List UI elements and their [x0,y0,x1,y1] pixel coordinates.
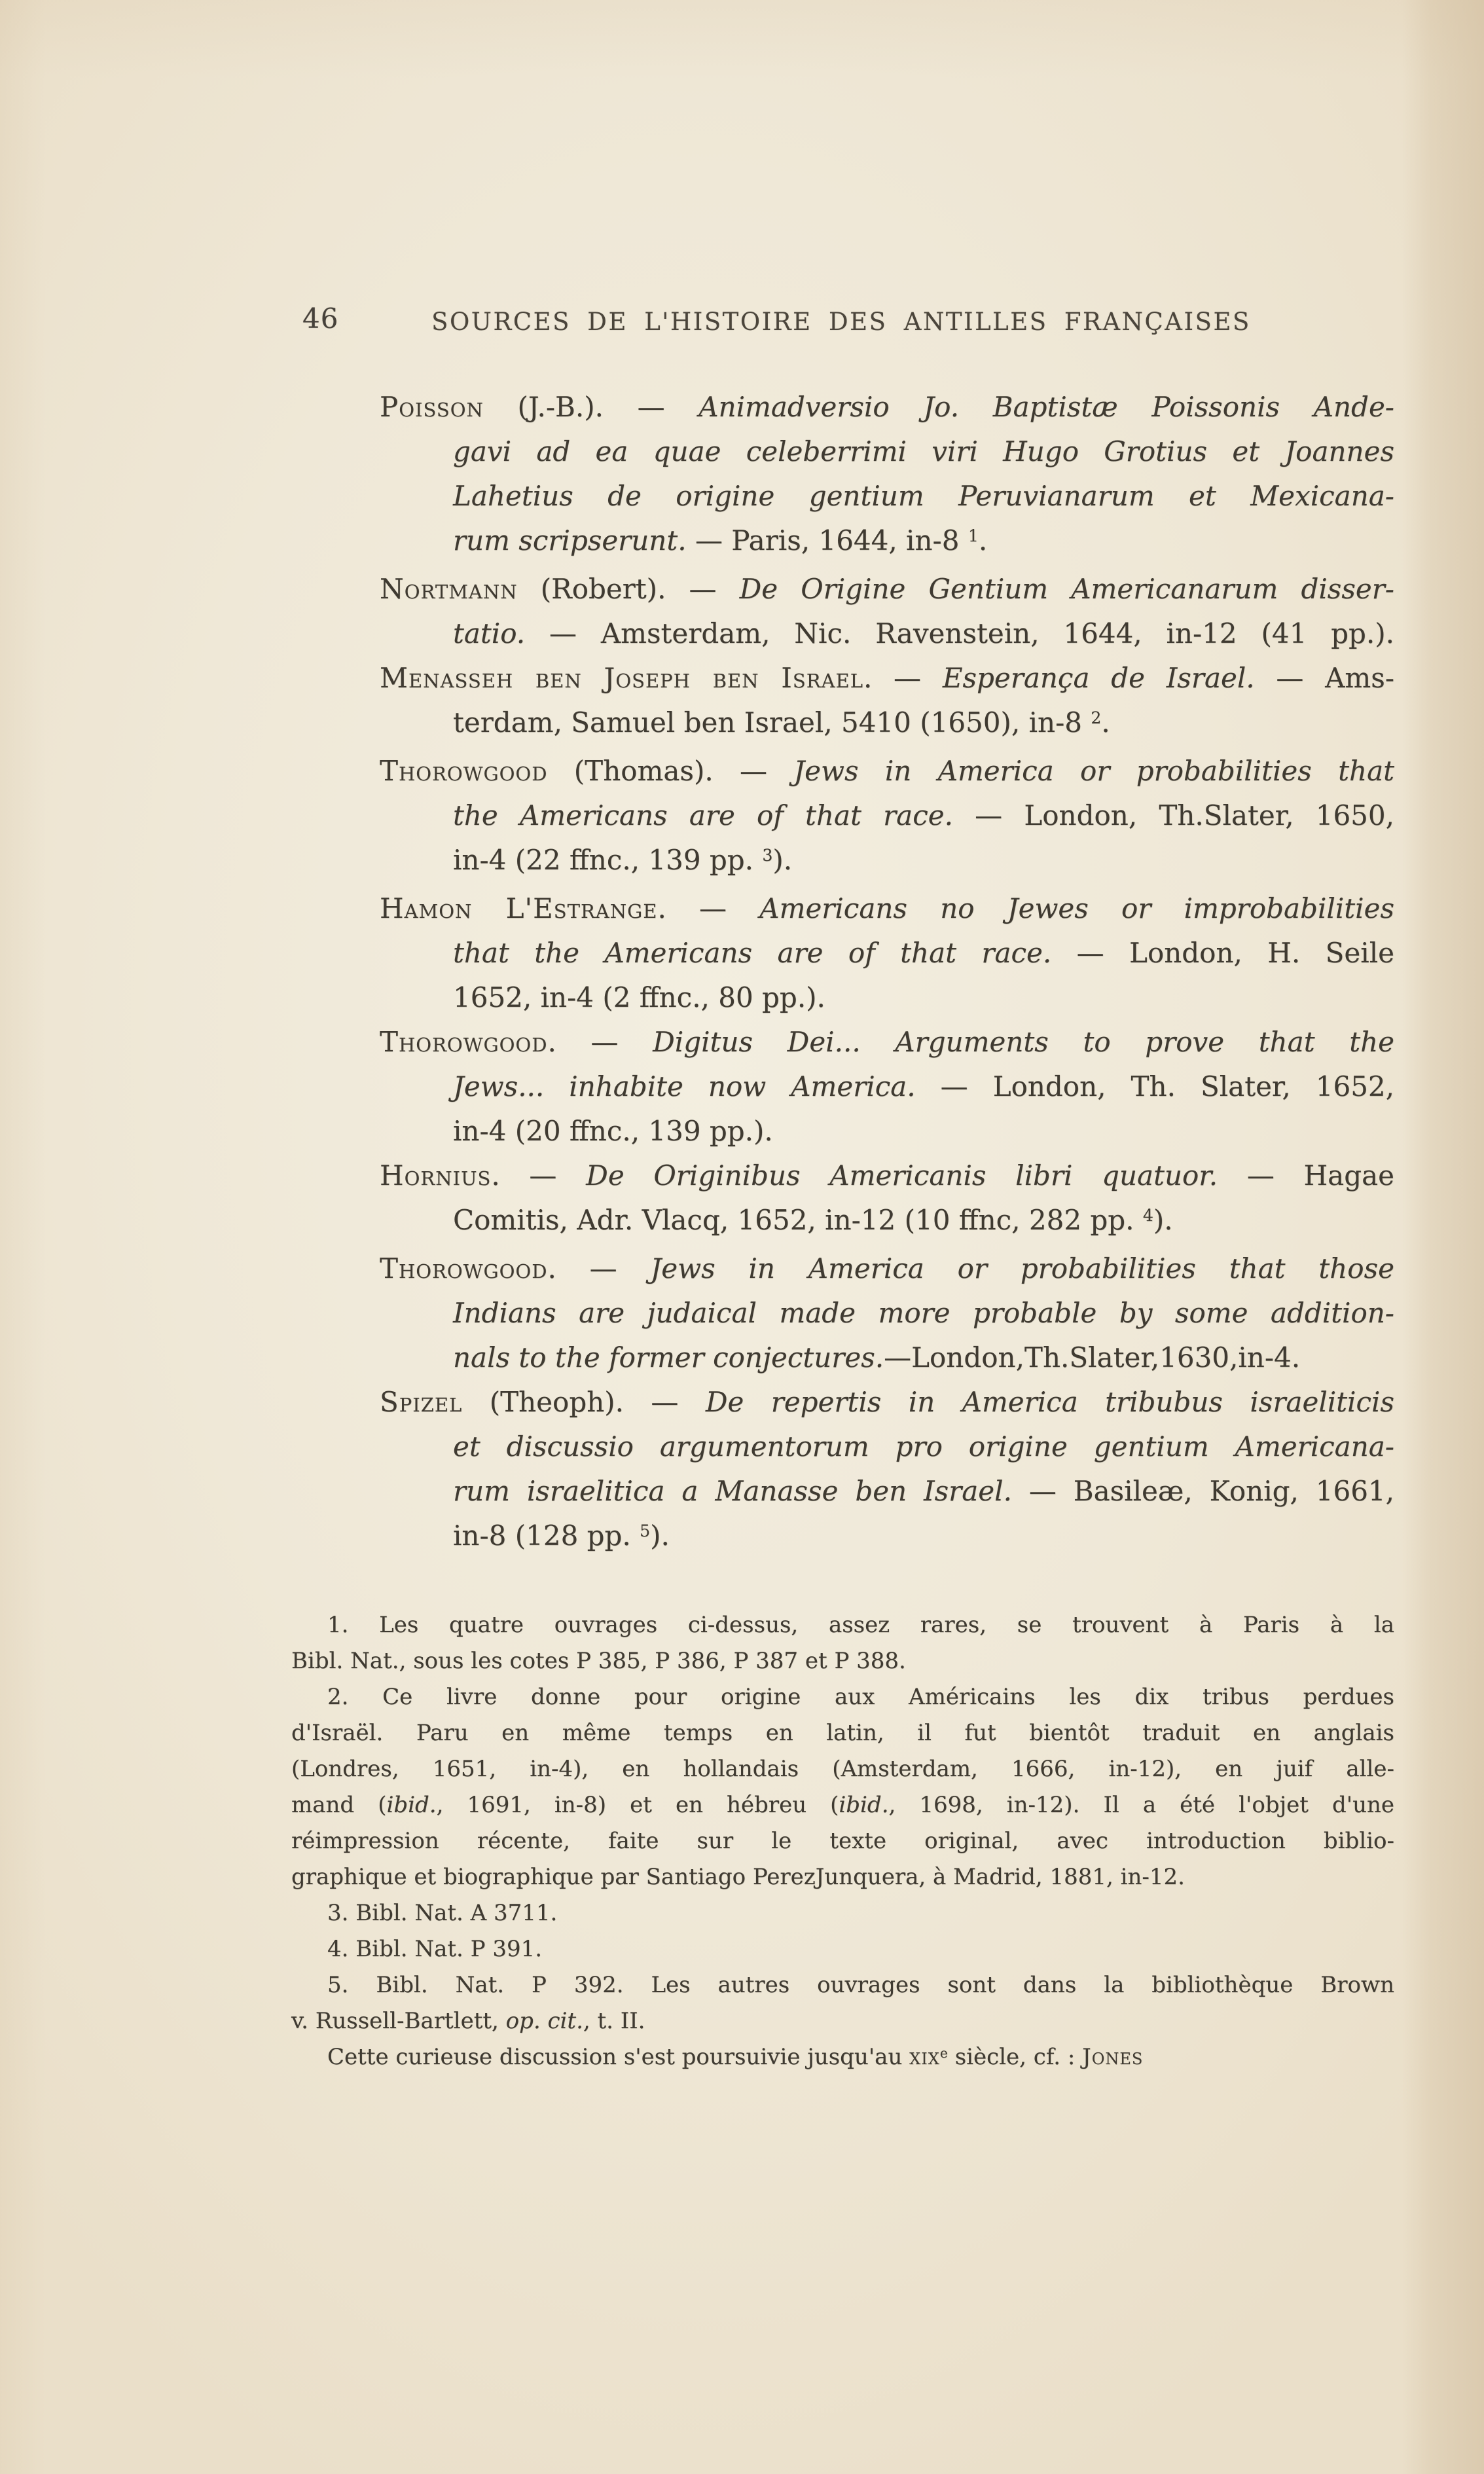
text-segment: Hamon L'Estrange [380,892,657,924]
text-segment: nals to the former conjectures. [453,1341,884,1373]
text-line: 1652, in-4 (2 ffnc., 80 pp.). [453,975,1394,1020]
text-segment: Digitus Dei... Arguments to prove that t… [653,1026,1394,1058]
text-segment: in-4 (20 ffnc., 139 pp.). [453,1115,773,1147]
text-segment: . — [547,1026,653,1058]
bib-entry: Hamon L'Estrange. — Americans no Jewes o… [380,886,1394,1020]
text-line: that the Americans are of that race. — L… [453,931,1394,975]
text-segment: terdam, Samuel ben Israel, 5410 (1650), … [453,706,1091,738]
text-segment: rum scripserunt. [453,524,687,556]
text-segment: Jews in America or probabilities that th… [650,1252,1394,1284]
text-segment: Indians are judaical made more probable … [453,1297,1394,1329]
text-segment: (Londres, 1651, in-4), en hollandais (Am… [291,1756,1394,1782]
text-line: Poisson (J.-B.). — Animadversio Jo. Bapt… [380,385,1394,429]
text-segment: e [940,2045,948,2061]
text-segment: mand ( [291,1792,387,1818]
bib-entry: Thorowgood. — Jews in America or probabi… [380,1246,1394,1380]
text-line: mand (ibid., 1691, in-8) et en hébreu (i… [291,1787,1394,1823]
text-segment: tatio. [453,617,525,649]
text-segment: . — [863,662,943,694]
text-segment: . — [547,1252,650,1284]
running-title: SOURCES DE L'HISTOIRE DES ANTILLES FRANÇ… [406,308,1276,336]
text-segment: 5 [640,1521,650,1540]
text-line: 4. Bibl. Nat. P 391. [327,1931,1394,1967]
text-line: Hamon L'Estrange. — Americans no Jewes o… [380,886,1394,931]
text-line: 2. Ce livre donne pour origine aux Améri… [327,1679,1394,1715]
text-segment: ibid. [839,1792,888,1818]
text-segment: De repertis in America tribubus israelit… [706,1386,1394,1418]
text-segment: rum israelitica a Manasse ben Israel. [453,1475,1012,1507]
text-line: Hornius. — De Originibus Americanis libr… [380,1154,1394,1198]
text-segment: Lahetius de origine gentium Peruvianarum… [453,480,1394,512]
text-line: Nortmann (Robert). — De Origine Gentium … [380,567,1394,611]
text-segment: , t. II. [583,2008,645,2034]
text-segment: (Robert). — [518,573,740,605]
text-segment: , 1691, in-8) et en hébreu ( [437,1792,839,1818]
text-line: rum israelitica a Manasse ben Israel. — … [453,1469,1394,1514]
text-segment: v. Russell-Bartlett, [291,2008,506,2034]
text-line: Thorowgood. — Jews in America or probabi… [380,1246,1394,1291]
text-line: v. Russell-Bartlett, op. cit., t. II. [291,2003,1394,2039]
text-line: d'Israël. Paru en même temps en latin, i… [291,1715,1394,1751]
text-line: Thorowgood (Thomas). — Jews in America o… [380,749,1394,793]
text-segment: De Originibus Americanis libri quatuor. [586,1159,1218,1192]
text-segment: et discussio argumentorum pro origine ge… [453,1430,1394,1463]
text-segment: ). [772,844,792,876]
text-segment: 4 [1143,1206,1153,1225]
text-segment: Menasseh ben Joseph ben Israel [380,662,863,694]
text-line: terdam, Samuel ben Israel, 5410 (1650), … [453,700,1394,749]
text-segment: De Origine Gentium Americanarum disser- [740,573,1394,605]
text-segment: — Basileæ, Konig, 1661, [1012,1475,1394,1507]
text-segment: (J.-B.). — [484,391,698,423]
bib-entry: Thorowgood (Thomas). — Jews in America o… [380,749,1394,886]
bib-entry: Spizel (Theoph). — De repertis in Americ… [380,1380,1394,1562]
footnote: 1. Les quatre ouvrages ci-dessus, assez … [291,1607,1394,1679]
bib-entry: Nortmann (Robert). — De Origine Gentium … [380,567,1394,656]
text-line: Spizel (Theoph). — De repertis in Americ… [380,1380,1394,1425]
text-segment: 3 [762,846,772,865]
text-line: et discussio argumentorum pro origine ge… [453,1425,1394,1469]
text-segment: — London, Th.Slater, 1650, [953,799,1394,831]
book-page: 46 SOURCES DE L'HISTOIRE DES ANTILLES FR… [0,0,1484,2474]
footnote: Cette curieuse discussion s'est poursuiv… [291,2039,1394,2078]
text-segment: graphique et biographique par Santiago P… [291,1864,1185,1890]
text-segment: . [979,524,987,556]
text-segment: (Thomas). — [547,755,793,787]
text-line: in-8 (128 pp. 5). [453,1514,1394,1562]
text-segment: Thorowgood [380,755,547,787]
footnote: 5. Bibl. Nat. P 392. Les autres ouvrages… [291,1967,1394,2039]
page-number: 46 [302,302,338,335]
text-segment: that the Americans are of that race. [453,937,1051,969]
text-segment: Jews in America or probabilities that [793,755,1394,787]
text-segment: 1. Les quatre ouvrages ci-dessus, assez … [327,1612,1394,1638]
text-line: (Londres, 1651, in-4), en hollandais (Am… [291,1751,1394,1787]
text-segment: 2 [1091,708,1101,727]
text-segment: Cette curieuse discussion s'est poursuiv… [327,2044,909,2070]
text-segment: —London,Th.Slater,1630,in-4. [884,1341,1300,1373]
text-line: the Americans are of that race. — London… [453,793,1394,838]
text-line: 1. Les quatre ouvrages ci-dessus, assez … [327,1607,1394,1643]
text-segment: — Hagae [1218,1159,1394,1192]
text-segment: Animadversio Jo. Baptistæ Poissonis Ande… [698,391,1394,423]
text-segment: 4. Bibl. Nat. P 391. [327,1936,542,1962]
text-segment: . — [657,892,759,924]
text-segment: Hornius [380,1159,491,1192]
text-line: rum scripserunt. — Paris, 1644, in-8 1. [453,518,1394,567]
text-segment: , 1698, in-12). Il a été l'objet d'une [889,1792,1394,1818]
text-line: 5. Bibl. Nat. P 392. Les autres ouvrages… [327,1967,1394,2003]
paper-right-edge-shading [1402,0,1484,2474]
text-segment: the Americans are of that race. [453,799,953,831]
text-line: Cette curieuse discussion s'est poursuiv… [327,2039,1394,2078]
text-segment: Bibl. Nat., sous les cotes P 385, P 386,… [291,1648,906,1674]
text-segment: gavi ad ea quae celeberrimi viri Hugo Gr… [453,435,1394,467]
text-segment: . [1101,706,1110,738]
text-line: graphique et biographique par Santiago P… [291,1859,1394,1895]
text-segment: ibid. [387,1792,437,1818]
text-segment: Spizel [380,1386,462,1418]
text-segment: 1 [968,526,979,545]
bib-entry: Hornius. — De Originibus Americanis libr… [380,1154,1394,1246]
footnote: 2. Ce livre donne pour origine aux Améri… [291,1679,1394,1895]
text-segment: ). [1153,1204,1173,1236]
text-segment: 3. Bibl. Nat. A 3711. [327,1900,557,1926]
text-line: tatio. — Amsterdam, Nic. Ravenstein, 164… [453,611,1394,656]
text-segment: — Ams- [1255,662,1394,694]
text-segment: in-4 (22 ffnc., 139 pp. [453,844,762,876]
text-line: Lahetius de origine gentium Peruvianarum… [453,474,1394,518]
bibliography-entries: Poisson (J.-B.). — Animadversio Jo. Bapt… [380,385,1394,1562]
text-segment: (Theoph). — [462,1386,705,1418]
bib-entry: Poisson (J.-B.). — Animadversio Jo. Bapt… [380,385,1394,567]
text-line: Menasseh ben Joseph ben Israel. — Espera… [380,656,1394,700]
text-segment: op. cit. [506,2008,583,2034]
text-line: Bibl. Nat., sous les cotes P 385, P 386,… [291,1643,1394,1679]
text-segment: Comitis, Adr. Vlacq, 1652, in-12 (10 ffn… [453,1204,1143,1236]
text-segment: — London, Th. Slater, 1652, [916,1070,1394,1102]
text-segment: in-8 (128 pp. [453,1519,640,1552]
text-segment: 5. Bibl. Nat. P 392. Les autres ouvrages… [327,1972,1394,1998]
text-segment: Jews... inhabite now America. [453,1070,916,1102]
text-segment: — Paris, 1644, in-8 [687,524,968,556]
footnote: 4. Bibl. Nat. P 391. [291,1931,1394,1967]
paper-left-shading [0,0,46,2474]
text-segment: 1652, in-4 (2 ffnc., 80 pp.). [453,981,825,1013]
paper-top-shading [0,0,1484,79]
text-segment: réimpression récente, faite sur le texte… [291,1828,1394,1854]
text-line: Jews... inhabite now America. — London, … [453,1064,1394,1109]
bib-entry: Thorowgood. — Digitus Dei... Arguments t… [380,1020,1394,1154]
footnotes: 1. Les quatre ouvrages ci-dessus, assez … [291,1607,1394,2078]
text-segment: Thorowgood [380,1026,547,1058]
text-segment: — London, H. Seile [1051,937,1394,969]
text-segment: d'Israël. Paru en même temps en latin, i… [291,1720,1394,1746]
text-segment: xix [909,2044,940,2070]
text-segment: — Amsterdam, Nic. Ravenstein, 1644, in-1… [525,617,1394,649]
text-line: in-4 (20 ffnc., 139 pp.). [453,1109,1394,1154]
text-line: Comitis, Adr. Vlacq, 1652, in-12 (10 ffn… [453,1198,1394,1246]
text-segment: 2. Ce livre donne pour origine aux Améri… [327,1684,1394,1710]
text-segment: ). [650,1519,670,1552]
bib-entry: Menasseh ben Joseph ben Israel. — Espera… [380,656,1394,749]
text-segment: Jones [1082,2044,1143,2070]
text-segment: Poisson [380,391,484,423]
text-segment: Thorowgood [380,1252,547,1284]
text-segment: Americans no Jewes or improbabilities [759,892,1394,924]
text-line: Indians are judaical made more probable … [453,1291,1394,1336]
text-segment: Esperança de Israel. [943,662,1255,694]
text-segment: siècle, cf. : [948,2044,1082,2070]
text-segment: . — [491,1159,586,1192]
text-line: gavi ad ea quae celeberrimi viri Hugo Gr… [453,429,1394,474]
text-line: Thorowgood. — Digitus Dei... Arguments t… [380,1020,1394,1064]
text-line: réimpression récente, faite sur le texte… [291,1823,1394,1859]
text-line: 3. Bibl. Nat. A 3711. [327,1895,1394,1931]
footnote: 3. Bibl. Nat. A 3711. [291,1895,1394,1931]
text-line: in-4 (22 ffnc., 139 pp. 3). [453,838,1394,886]
text-line: nals to the former conjectures.—London,T… [453,1336,1394,1380]
text-segment: Nortmann [380,573,518,605]
